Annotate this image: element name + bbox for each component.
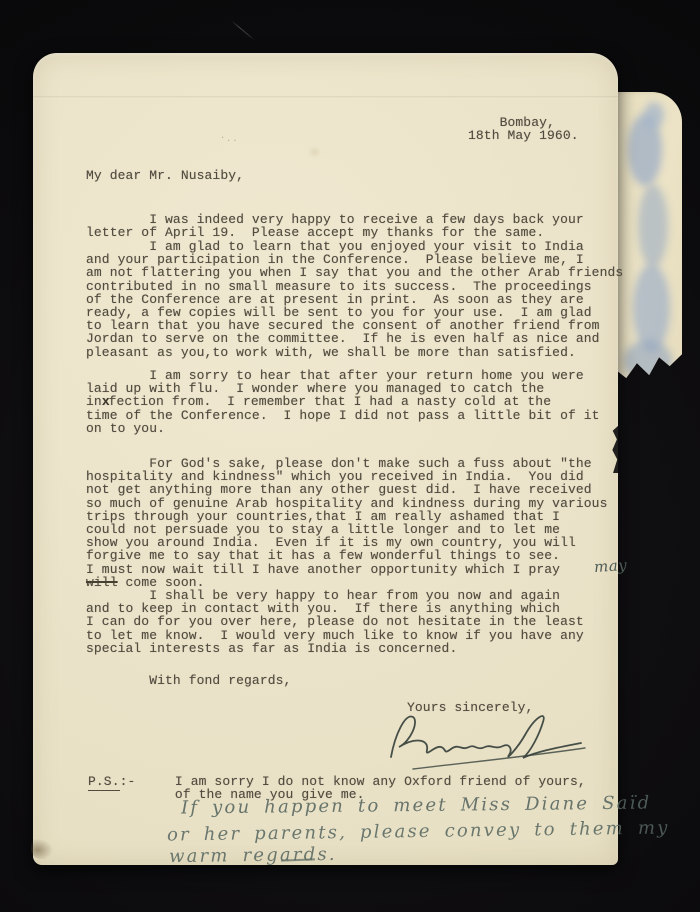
paragraph-3-text: fection from. I remember that I had a na… xyxy=(86,394,600,435)
handwritten-insert-may: may xyxy=(593,556,627,576)
photograph-background: ·.. Bombay, 18th May 1960. My dear Mr. N… xyxy=(0,0,700,912)
ps-handwritten-line-1: If you happen to meet Miss Diane Saïd xyxy=(181,793,651,819)
ps-handwritten-line-2: or her parents, please convey to them my xyxy=(167,817,670,845)
paragraph-4: For God's sake, please don't make such a… xyxy=(86,457,607,589)
paper-stain xyxy=(311,149,318,155)
paragraph-5: I shall be very happy to hear from you n… xyxy=(86,589,584,655)
salutation: My dear Mr. Nusaiby, xyxy=(86,169,244,182)
edge-tear xyxy=(612,425,619,473)
blue-smudge xyxy=(644,102,664,128)
blue-smudge xyxy=(633,264,670,352)
corner-curl xyxy=(31,829,67,859)
closing: With fond regards, xyxy=(86,674,291,687)
signature xyxy=(383,705,599,777)
paragraph-3: I am sorry to hear that after your retur… xyxy=(86,369,600,435)
fold-crease xyxy=(33,96,618,99)
pencil-marks: ·.. xyxy=(221,133,240,144)
letter-page: ·.. Bombay, 18th May 1960. My dear Mr. N… xyxy=(33,53,618,865)
blue-smudge xyxy=(624,340,672,382)
paragraph-1: I was indeed very happy to receive a few… xyxy=(86,213,584,239)
scratch-mark xyxy=(231,20,255,40)
paragraph-2: I am glad to learn that you enjoyed your… xyxy=(86,240,623,359)
blue-smudge xyxy=(638,184,668,268)
ps-handwritten-line-3: warm regards. xyxy=(169,844,337,867)
dateline: Bombay, 18th May 1960. xyxy=(468,116,579,142)
paragraph-4-text: For God's sake, please don't make such a… xyxy=(86,456,607,577)
